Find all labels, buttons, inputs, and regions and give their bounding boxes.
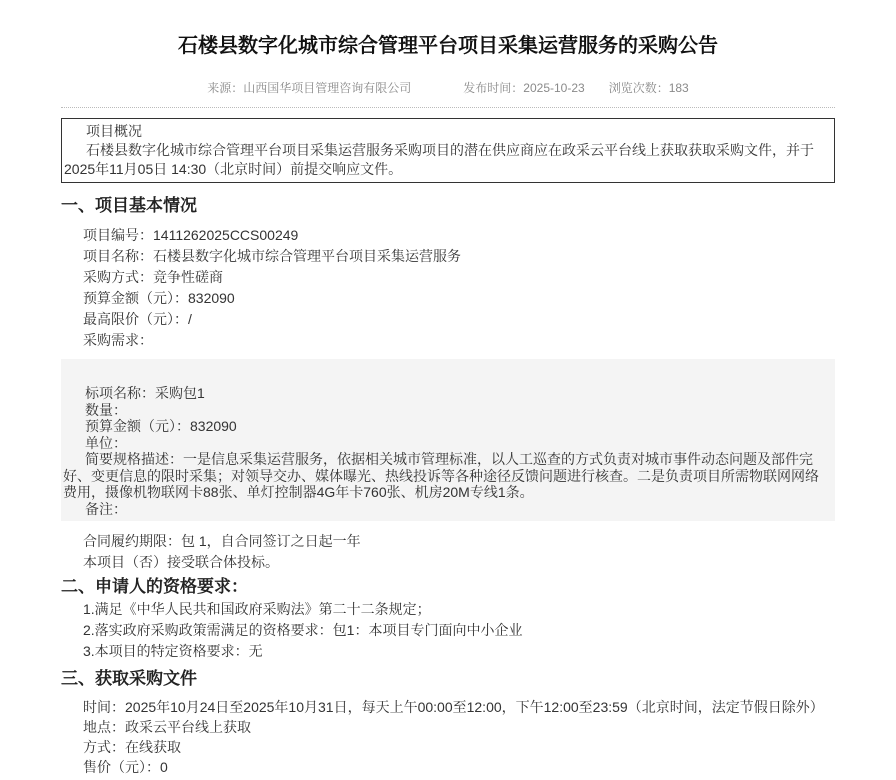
field-row-project-name: 项目名称：石楼县数字化城市综合管理平台项目采集运营服务 bbox=[83, 246, 835, 267]
contract-block: 合同履约期限：包 1，自合同签订之日起一年 本项目（否）接受联合体投标。 bbox=[61, 531, 835, 573]
field-value: 在线获取 bbox=[125, 739, 181, 755]
package-line-spec-description: 简要规格描述：一是信息采集运营服务，依据相关城市管理标准，以人工巡查的方式负责对… bbox=[63, 451, 831, 501]
package-line-quantity: 数量： bbox=[63, 402, 831, 419]
field-label: 时间： bbox=[83, 699, 125, 715]
field-value: 1411262025CCS00249 bbox=[153, 227, 298, 243]
section-document-heading: 三、获取采购文件 bbox=[61, 669, 835, 689]
package-line-name: 标项名称：采购包1 bbox=[63, 385, 831, 402]
document-fields: 时间：2025年10月24日至2025年10月31日，每天上午00:00至12:… bbox=[61, 697, 835, 777]
overview-box: 项目概况 石楼县数字化城市综合管理平台项目采集运营服务采购项目的潜在供应商应在政… bbox=[61, 118, 835, 183]
field-value: 石楼县数字化城市综合管理平台项目采集运营服务 bbox=[153, 248, 461, 264]
field-value: 832090 bbox=[188, 290, 235, 306]
overview-heading: 项目概况 bbox=[64, 122, 832, 141]
basic-fields: 项目编号：1411262025CCS00249 项目名称：石楼县数字化城市综合管… bbox=[61, 225, 835, 351]
meta-row: 来源：山西国华项目管理咨询有限公司 发布时间：2025-10-23 浏览次数：1… bbox=[61, 80, 835, 108]
announcement-page: 石楼县数字化城市综合管理平台项目采集运营服务的采购公告 来源：山西国华项目管理咨… bbox=[0, 0, 896, 777]
package-line-budget: 预算金额（元）：832090 bbox=[63, 418, 831, 435]
meta-source-value: 山西国华项目管理咨询有限公司 bbox=[243, 81, 411, 95]
meta-view-count: 浏览次数：183 bbox=[609, 80, 689, 96]
qualification-item-policy: 2.落实政府采购政策需满足的资格要求：包1：本项目专门面向中小企业 bbox=[83, 620, 835, 641]
field-row-project-number: 项目编号：1411262025CCS00249 bbox=[83, 225, 835, 246]
field-label: 售价（元）： bbox=[83, 759, 160, 775]
qualification-items: 1.满足《中华人民共和国政府采购法》第二十二条规定； 2.落实政府采购政策需满足… bbox=[61, 599, 835, 662]
overview-body: 石楼县数字化城市综合管理平台项目采集运营服务采购项目的潜在供应商应在政采云平台线… bbox=[64, 141, 832, 179]
qualification-item-law: 1.满足《中华人民共和国政府采购法》第二十二条规定； bbox=[83, 599, 835, 620]
field-label: 项目名称： bbox=[83, 248, 153, 264]
field-label: 采购需求： bbox=[83, 332, 153, 348]
field-label: 采购方式： bbox=[83, 269, 153, 285]
field-value: 2025年10月24日至2025年10月31日，每天上午00:00至12:00，… bbox=[125, 699, 824, 715]
meta-publish-value: 2025-10-23 bbox=[523, 81, 584, 95]
field-label: 最高限价（元）： bbox=[83, 311, 188, 327]
meta-views-value: 183 bbox=[669, 81, 689, 95]
meta-source-label: 来源： bbox=[207, 81, 243, 95]
meta-views-label: 浏览次数： bbox=[609, 81, 669, 95]
field-label: 预算金额（元）： bbox=[83, 290, 188, 306]
section-basic-heading: 一、项目基本情况 bbox=[61, 196, 835, 216]
field-row-procurement-method: 采购方式：竞争性磋商 bbox=[83, 267, 835, 288]
field-value: 竞争性磋商 bbox=[153, 269, 223, 285]
field-row-budget-amount: 预算金额（元）：832090 bbox=[83, 288, 835, 309]
package-box: 标项名称：采购包1 数量： 预算金额（元）：832090 单位： 简要规格描述：… bbox=[61, 359, 835, 521]
qualification-item-specific: 3.本项目的特定资格要求：无 bbox=[83, 641, 835, 662]
meta-source: 来源：山西国华项目管理咨询有限公司 bbox=[207, 80, 411, 96]
field-label: 方式： bbox=[83, 739, 125, 755]
field-row-price: 售价（元）：0 bbox=[83, 757, 835, 777]
meta-publish-label: 发布时间： bbox=[463, 81, 523, 95]
field-row-method: 方式：在线获取 bbox=[83, 737, 835, 757]
field-row-max-price: 最高限价（元）：/ bbox=[83, 309, 835, 330]
meta-publish-time: 发布时间：2025-10-23 bbox=[463, 80, 584, 96]
field-value: 政采云平台线上获取 bbox=[125, 719, 251, 735]
contract-period-line: 合同履约期限：包 1，自合同签订之日起一年 bbox=[83, 531, 835, 552]
package-line-unit: 单位： bbox=[63, 435, 831, 452]
field-row-location: 地点：政采云平台线上获取 bbox=[83, 717, 835, 737]
section-qualification-heading: 二、申请人的资格要求： bbox=[61, 577, 835, 597]
joint-bid-line: 本项目（否）接受联合体投标。 bbox=[83, 552, 835, 573]
field-value: 0 bbox=[160, 759, 168, 775]
field-row-procurement-demand: 采购需求： bbox=[83, 330, 835, 351]
package-line-remarks: 备注： bbox=[63, 501, 831, 518]
field-label: 地点： bbox=[83, 719, 125, 735]
field-row-time: 时间：2025年10月24日至2025年10月31日，每天上午00:00至12:… bbox=[83, 697, 835, 717]
field-value: / bbox=[188, 311, 192, 327]
field-label: 项目编号： bbox=[83, 227, 153, 243]
page-title: 石楼县数字化城市综合管理平台项目采集运营服务的采购公告 bbox=[61, 0, 835, 59]
